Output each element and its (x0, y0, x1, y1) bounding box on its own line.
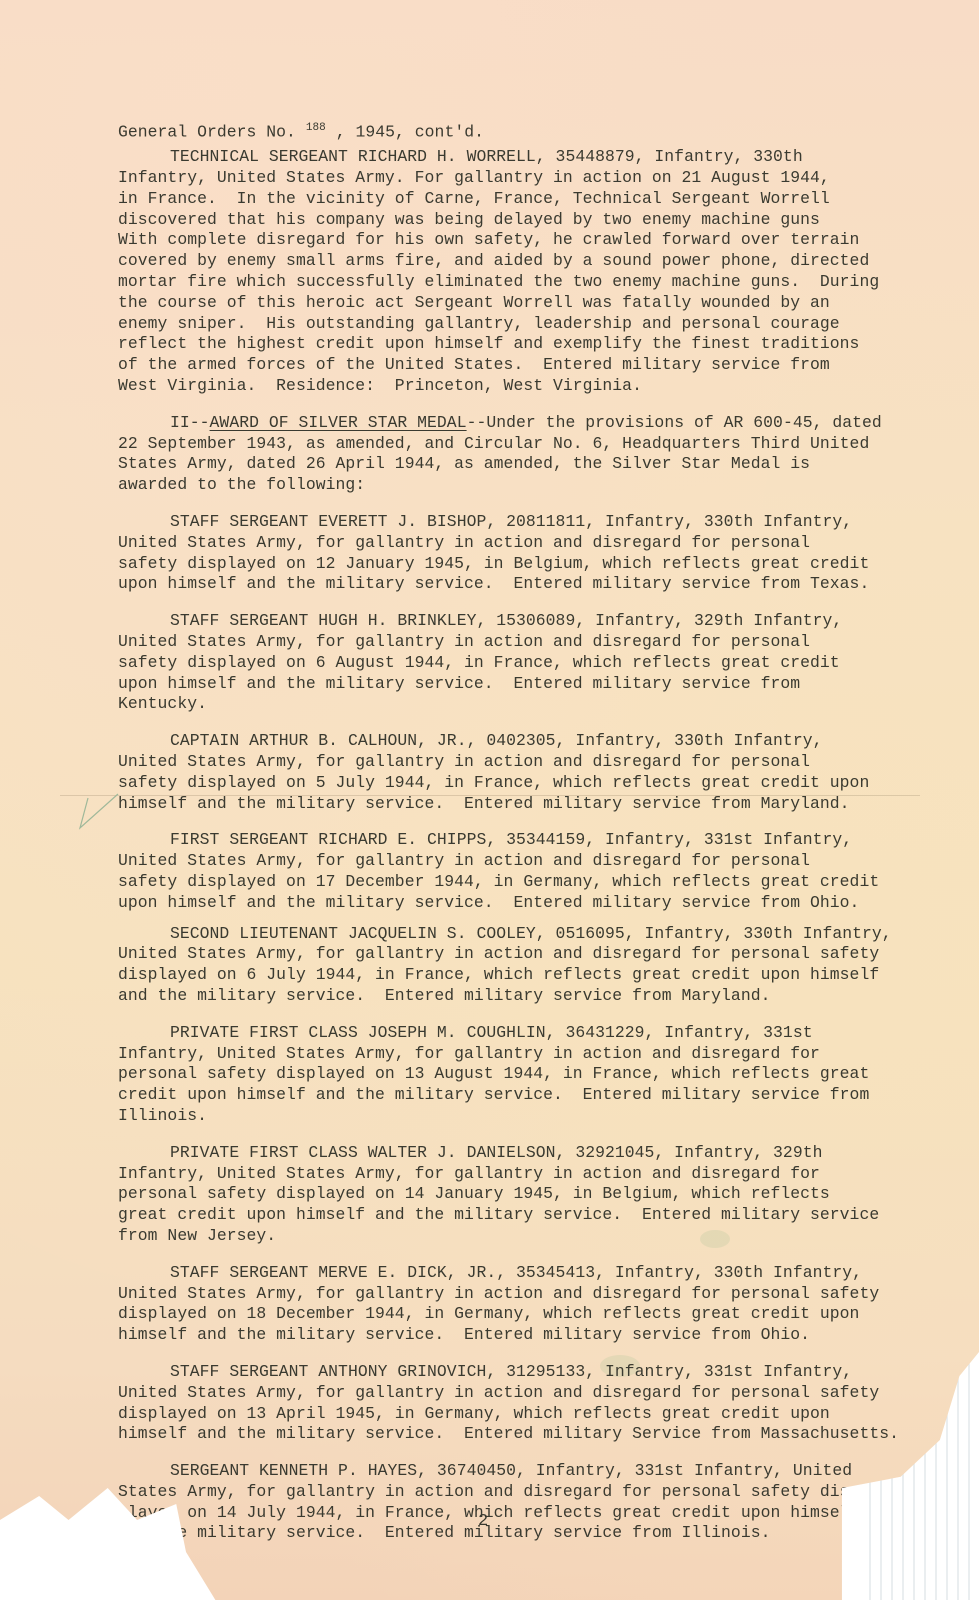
section-title: AWARD OF SILVER STAR MEDAL (210, 413, 467, 432)
citation-worrell: TECHNICAL SERGEANT RICHARD H. WORRELL, 3… (118, 147, 908, 397)
citation-line: from New Jersey. (118, 1226, 908, 1247)
citation-line: mortar fire which successfully eliminate… (118, 272, 908, 293)
citation-line: personal safety displayed on 13 August 1… (118, 1064, 908, 1085)
citation-line: PRIVATE FIRST CLASS JOSEPH M. COUGHLIN, … (118, 1023, 908, 1044)
citation-line: the course of this heroic act Sergeant W… (118, 293, 908, 314)
citation-line: United States Army, for gallantry in act… (118, 752, 908, 773)
citation-line: upon himself and the military service. E… (118, 674, 908, 695)
citation-line: United States Army, for gallantry in act… (118, 1284, 908, 1305)
citation-grinovich: STAFF SERGEANT ANTHONY GRINOVICH, 312951… (118, 1362, 908, 1445)
citation-line: Infantry, United States Army. For gallan… (118, 168, 908, 189)
document-body: General Orders No. 188 , 1945, cont'd. T… (118, 118, 908, 1554)
citation-line: States Army, for gallantry in action and… (118, 1482, 908, 1503)
header-suffix: , 1945, cont'd. (326, 122, 484, 141)
citation-line: STAFF SERGEANT HUGH H. BRINKLEY, 1530608… (118, 611, 908, 632)
header-prefix: General Orders No. (118, 122, 306, 141)
citation-line: himself and the military service. Entere… (118, 1325, 908, 1346)
citation-line: displayed on 18 December 1944, in German… (118, 1304, 908, 1325)
citation-line: himself and the military service. Entere… (118, 794, 908, 815)
citation-line: Illinois. (118, 1106, 908, 1127)
section-line: 22 September 1943, as amended, and Circu… (118, 434, 908, 455)
citation-brinkley: STAFF SERGEANT HUGH H. BRINKLEY, 1530608… (118, 611, 908, 715)
citation-line: Infantry, United States Army, for gallan… (118, 1044, 908, 1065)
citation-line: United States Army, for gallantry in act… (118, 851, 908, 872)
citation-line: displayed on 13 April 1945, in Germany, … (118, 1404, 908, 1425)
citation-line: safety displayed on 17 December 1944, in… (118, 872, 908, 893)
citation-line: SERGEANT KENNETH P. HAYES, 36740450, Inf… (118, 1461, 908, 1482)
document-page: General Orders No. 188 , 1945, cont'd. T… (0, 0, 979, 1600)
citation-line: Infantry, United States Army, for gallan… (118, 1164, 908, 1185)
section-ii-award-silver-star: II--AWARD OF SILVER STAR MEDAL--Under th… (118, 413, 908, 496)
citation-line: CAPTAIN ARTHUR B. CALHOUN, JR., 0402305,… (118, 731, 908, 752)
section-line: States Army, dated 26 April 1944, as ame… (118, 454, 908, 475)
citation-line: STAFF SERGEANT ANTHONY GRINOVICH, 312951… (118, 1362, 908, 1383)
citation-line: safety displayed on 5 July 1944, in Fran… (118, 773, 908, 794)
citation-line: With complete disregard for his own safe… (118, 230, 908, 251)
citation-cooley: SECOND LIEUTENANT JACQUELIN S. COOLEY, 0… (118, 924, 908, 1007)
citation-line: of the armed forces of the United States… (118, 355, 908, 376)
citation-line: United States Army, for gallantry in act… (118, 533, 908, 554)
citation-hayes: SERGEANT KENNETH P. HAYES, 36740450, Inf… (118, 1461, 908, 1544)
citation-line: SECOND LIEUTENANT JACQUELIN S. COOLEY, 0… (118, 924, 908, 945)
citation-line: West Virginia. Residence: Princeton, Wes… (118, 376, 908, 397)
citation-line: STAFF SERGEANT MERVE E. DICK, JR., 35345… (118, 1263, 908, 1284)
citation-line: covered by enemy small arms fire, and ai… (118, 251, 908, 272)
citation-line: and the military service. Entered milita… (118, 1523, 908, 1544)
citation-line: FIRST SERGEANT RICHARD E. CHIPPS, 353441… (118, 830, 908, 851)
citation-line: United States Army, for gallantry in act… (118, 944, 908, 965)
citation-line: credit upon himself and the military ser… (118, 1085, 908, 1106)
citation-line: upon himself and the military service. E… (118, 893, 908, 914)
citation-line: great credit upon himself and the milita… (118, 1205, 908, 1226)
page-number: 2 (478, 1512, 488, 1531)
citation-coughlin: PRIVATE FIRST CLASS JOSEPH M. COUGHLIN, … (118, 1023, 908, 1127)
citation-line: STAFF SERGEANT EVERETT J. BISHOP, 208118… (118, 512, 908, 533)
citation-line: upon himself and the military service. E… (118, 574, 908, 595)
section-line: awarded to the following: (118, 475, 908, 496)
citation-line: United States Army, for gallantry in act… (118, 1383, 908, 1404)
citation-line: enemy sniper. His outstanding gallantry,… (118, 314, 908, 335)
citation-line: personal safety displayed on 14 January … (118, 1184, 908, 1205)
citation-danielson: PRIVATE FIRST CLASS WALTER J. DANIELSON,… (118, 1143, 908, 1247)
citation-bishop: STAFF SERGEANT EVERETT J. BISHOP, 208118… (118, 512, 908, 595)
citation-line: United States Army, for gallantry in act… (118, 632, 908, 653)
citation-line: in France. In the vicinity of Carne, Fra… (118, 189, 908, 210)
citation-line: played on 14 July 1944, in France, which… (118, 1503, 908, 1524)
order-number: 188 (306, 122, 326, 134)
citation-calhoun: CAPTAIN ARTHUR B. CALHOUN, JR., 0402305,… (118, 731, 908, 814)
document-header: General Orders No. 188 , 1945, cont'd. (118, 118, 908, 143)
citation-chipps: FIRST SERGEANT RICHARD E. CHIPPS, 353441… (118, 830, 908, 913)
citation-line: discovered that his company was being de… (118, 210, 908, 231)
citation-line: displayed on 6 July 1944, in France, whi… (118, 965, 908, 986)
section-roman-numeral: II-- (170, 413, 210, 432)
citation-line: and the military service. Entered milita… (118, 986, 908, 1007)
citation-line: reflect the highest credit upon himself … (118, 334, 908, 355)
citation-line: PRIVATE FIRST CLASS WALTER J. DANIELSON,… (118, 1143, 908, 1164)
citation-line: safety displayed on 12 January 1945, in … (118, 554, 908, 575)
citation-line: Kentucky. (118, 694, 908, 715)
citation-line: himself and the military service. Entere… (118, 1424, 908, 1445)
section-intro: --Under the provisions of AR 600-45, dat… (467, 413, 882, 432)
citation-line: safety displayed on 6 August 1944, in Fr… (118, 653, 908, 674)
citation-dick: STAFF SERGEANT MERVE E. DICK, JR., 35345… (118, 1263, 908, 1346)
citation-line: TECHNICAL SERGEANT RICHARD H. WORRELL, 3… (118, 147, 908, 168)
